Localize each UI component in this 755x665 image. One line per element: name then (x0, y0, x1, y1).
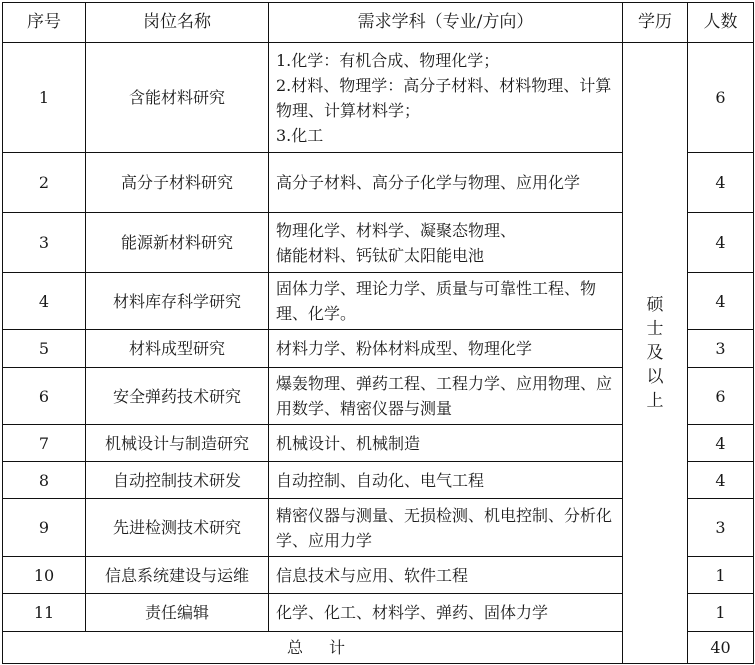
subject-line: 化学、化工、材料学、弹药、固体力学 (276, 603, 548, 622)
row-no: 8 (3, 462, 86, 499)
subject-line: 固体力学、理论力学、质量与可靠性工程、物理、化学。 (276, 279, 596, 323)
total-label-a: 总 (287, 638, 303, 657)
row-no: 2 (3, 153, 86, 213)
header-no: 序号 (3, 3, 86, 43)
row-subjects: 化学、化工、材料学、弹药、固体力学 (269, 594, 623, 632)
row-position: 责任编辑 (86, 594, 269, 632)
header-count: 人数 (688, 3, 754, 43)
total-label-b: 计 (329, 638, 345, 657)
row-count: 6 (688, 43, 754, 153)
row-position: 机械设计与制造研究 (86, 425, 269, 462)
row-count: 3 (688, 330, 754, 368)
row-count: 4 (688, 425, 754, 462)
subject-line: 3.化工 (276, 123, 616, 148)
row-count: 4 (688, 153, 754, 213)
row-no: 7 (3, 425, 86, 462)
row-no: 5 (3, 330, 86, 368)
subject-line: 机械设计、机械制造 (276, 434, 420, 453)
subject-line: 高分子材料、高分子化学与物理、应用化学 (276, 173, 580, 192)
recruitment-table: 序号 岗位名称 需求学科（专业/方向） 学历 人数 1 含能材料研究 1.化学：… (2, 2, 754, 664)
row-no: 10 (3, 557, 86, 594)
row-position: 先进检测技术研究 (86, 499, 269, 557)
education-line: 及以 (639, 341, 671, 389)
row-subjects: 1.化学：有机合成、物理化学； 2.材料、物理学：高分子材料、材料物理、计算物理… (269, 43, 623, 153)
subject-line: 爆轰物理、弹药工程、工程力学、应用物理、应用数学、精密仪器与测量 (276, 374, 612, 418)
row-subjects: 信息技术与应用、软件工程 (269, 557, 623, 594)
education-line: 硕士 (639, 293, 671, 341)
row-no: 9 (3, 499, 86, 557)
row-position: 材料成型研究 (86, 330, 269, 368)
row-count: 1 (688, 594, 754, 632)
row-count: 4 (688, 213, 754, 273)
subject-line: 精密仪器与测量、无损检测、机电控制、分析化学、应用力学 (276, 506, 612, 550)
row-count: 1 (688, 557, 754, 594)
row-subjects: 材料力学、粉体材料成型、物理化学 (269, 330, 623, 368)
row-no: 11 (3, 594, 86, 632)
row-count: 3 (688, 499, 754, 557)
subject-line: 材料力学、粉体材料成型、物理化学 (276, 339, 532, 358)
row-position: 材料库存科学研究 (86, 273, 269, 330)
row-subjects: 物理化学、材料学、凝聚态物理、 储能材料、钙钛矿太阳能电池 (269, 213, 623, 273)
row-subjects: 高分子材料、高分子化学与物理、应用化学 (269, 153, 623, 213)
table-row: 1 含能材料研究 1.化学：有机合成、物理化学； 2.材料、物理学：高分子材料、… (3, 43, 754, 153)
row-subjects: 固体力学、理论力学、质量与可靠性工程、物理、化学。 (269, 273, 623, 330)
row-position: 高分子材料研究 (86, 153, 269, 213)
education-line: 上 (639, 389, 671, 413)
subject-line: 信息技术与应用、软件工程 (276, 566, 468, 585)
total-count: 40 (688, 632, 754, 664)
row-no: 4 (3, 273, 86, 330)
total-label: 总计 (3, 632, 623, 664)
subject-line: 储能材料、钙钛矿太阳能电池 (276, 243, 616, 268)
row-subjects: 自动控制、自动化、电气工程 (269, 462, 623, 499)
header-row: 序号 岗位名称 需求学科（专业/方向） 学历 人数 (3, 3, 754, 43)
subject-line: 2.材料、物理学：高分子材料、材料物理、计算物理、计算材料学； (276, 73, 616, 123)
header-education: 学历 (623, 3, 688, 43)
subject-line: 物理化学、材料学、凝聚态物理、 (276, 218, 616, 243)
row-position: 信息系统建设与运维 (86, 557, 269, 594)
row-subjects: 精密仪器与测量、无损检测、机电控制、分析化学、应用力学 (269, 499, 623, 557)
header-subjects: 需求学科（专业/方向） (269, 3, 623, 43)
subject-line: 自动控制、自动化、电气工程 (276, 471, 484, 490)
header-position: 岗位名称 (86, 3, 269, 43)
row-no: 6 (3, 368, 86, 425)
row-no: 3 (3, 213, 86, 273)
subject-line: 1.化学：有机合成、物理化学； (276, 48, 616, 73)
row-subjects: 爆轰物理、弹药工程、工程力学、应用物理、应用数学、精密仪器与测量 (269, 368, 623, 425)
education-merged-cell: 硕士 及以 上 (623, 43, 688, 664)
row-position: 能源新材料研究 (86, 213, 269, 273)
row-count: 4 (688, 462, 754, 499)
row-position: 含能材料研究 (86, 43, 269, 153)
row-no: 1 (3, 43, 86, 153)
row-count: 6 (688, 368, 754, 425)
row-position: 安全弹药技术研究 (86, 368, 269, 425)
row-subjects: 机械设计、机械制造 (269, 425, 623, 462)
row-position: 自动控制技术研发 (86, 462, 269, 499)
row-count: 4 (688, 273, 754, 330)
